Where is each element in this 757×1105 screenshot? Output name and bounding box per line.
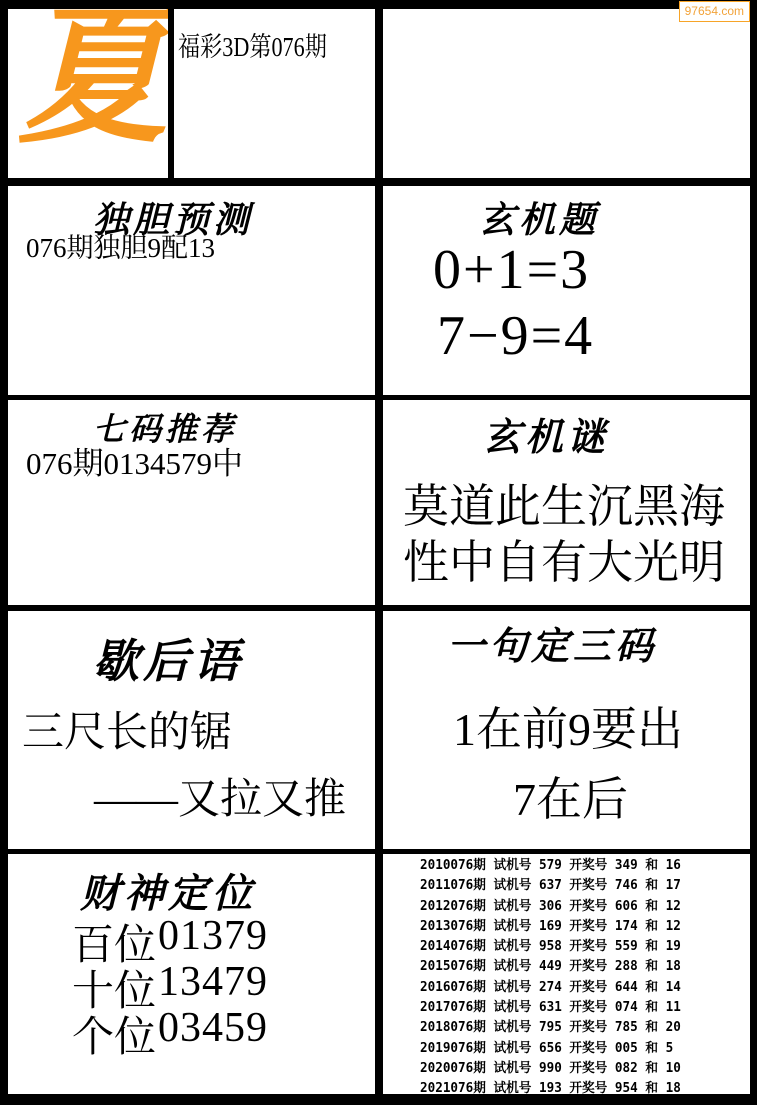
- history-draw-label: 开奖号: [562, 1000, 615, 1015]
- history-draw-number: 074: [615, 1000, 638, 1015]
- history-sum-label: 和: [638, 1081, 666, 1094]
- history-trial-number: 449: [539, 959, 562, 974]
- history-row: 2016076期 试机号 274 开奖号 644 和 14: [420, 978, 681, 998]
- history-period: 2010076期: [420, 858, 486, 873]
- history-sum-label: 和: [638, 1020, 666, 1035]
- history-trial-label: 试机号: [486, 1061, 539, 1076]
- history-sum-label: 和: [638, 959, 666, 974]
- history-sum-label: 和: [638, 1000, 666, 1015]
- history-period: 2013076期: [420, 919, 486, 934]
- history-sum-label: 和: [638, 899, 666, 914]
- history-trial-number: 579: [539, 858, 562, 873]
- history-sum-value: 12: [666, 899, 681, 914]
- history-sum-label: 和: [638, 939, 666, 954]
- history-sum-label: 和: [638, 1061, 666, 1076]
- history-trial-number: 193: [539, 1081, 562, 1094]
- dudan-prediction-cell: 独胆预测 076期独胆9配13: [8, 186, 375, 395]
- history-sum-value: 10: [666, 1061, 681, 1076]
- history-period: 2015076期: [420, 959, 486, 974]
- history-table: 2010076期 试机号 579 开奖号 349 和 162011076期 试机…: [420, 856, 681, 1094]
- history-draw-number: 349: [615, 858, 638, 873]
- history-sum-value: 18: [666, 1081, 681, 1094]
- history-sum-label: 和: [638, 1041, 666, 1056]
- history-row: 2021076期 试机号 193 开奖号 954 和 18: [420, 1079, 681, 1094]
- history-sum-value: 14: [666, 980, 681, 995]
- one-sentence-title: 一句定三码: [447, 615, 657, 670]
- history-sum-value: 20: [666, 1020, 681, 1035]
- history-sum-value: 5: [666, 1041, 674, 1056]
- history-trial-number: 795: [539, 1020, 562, 1035]
- poem-line-2: 性中自有大光明: [403, 526, 725, 592]
- title-cell: 福彩3D第076期: [174, 9, 375, 178]
- site-watermark: 97654.com: [679, 1, 750, 22]
- history-period: 2019076期: [420, 1041, 486, 1056]
- history-trial-label: 试机号: [486, 939, 539, 954]
- history-trial-number: 990: [539, 1061, 562, 1076]
- logo-cell: 夏: [8, 9, 168, 178]
- caishen-position-cell: 财神定位 百位 01379 十位 13479 个位 03459: [8, 854, 375, 1094]
- history-period: 2017076期: [420, 1000, 486, 1015]
- history-draws-cell: 2010076期 试机号 579 开奖号 349 和 162011076期 试机…: [383, 854, 750, 1094]
- history-draw-number: 005: [615, 1041, 638, 1056]
- history-trial-number: 656: [539, 1041, 562, 1056]
- history-row: 2012076期 试机号 306 开奖号 606 和 12: [420, 897, 681, 917]
- history-row: 2018076期 试机号 795 开奖号 785 和 20: [420, 1018, 681, 1038]
- history-draw-label: 开奖号: [562, 959, 615, 974]
- history-row: 2015076期 试机号 449 开奖号 288 和 18: [420, 957, 681, 977]
- history-sum-value: 17: [666, 878, 681, 893]
- history-draw-label: 开奖号: [562, 980, 615, 995]
- history-row: 2011076期 试机号 637 开奖号 746 和 17: [420, 876, 681, 896]
- history-trial-number: 274: [539, 980, 562, 995]
- xiehouyu-riddle: 三尺长的锯: [22, 699, 232, 759]
- history-draw-label: 开奖号: [562, 939, 615, 954]
- page-title: 福彩3D第076期: [178, 25, 327, 64]
- history-row: 2013076期 试机号 169 开奖号 174 和 12: [420, 917, 681, 937]
- history-draw-label: 开奖号: [562, 878, 615, 893]
- history-row: 2019076期 试机号 656 开奖号 005 和 5: [420, 1039, 681, 1059]
- history-sum-label: 和: [638, 878, 666, 893]
- history-draw-label: 开奖号: [562, 899, 615, 914]
- riddle-equation-cell: 玄机题 0+1=3 7−9=4: [383, 186, 750, 395]
- history-period: 2021076期: [420, 1081, 486, 1094]
- history-sum-label: 和: [638, 858, 666, 873]
- history-row: 2017076期 试机号 631 开奖号 074 和 11: [420, 998, 681, 1018]
- history-trial-label: 试机号: [486, 899, 539, 914]
- riddle-poem-title: 玄机谜: [483, 406, 609, 461]
- riddle-equation-title: 玄机题: [479, 192, 599, 243]
- history-trial-number: 631: [539, 1000, 562, 1015]
- xiehouyu-title: 歇后语: [93, 625, 243, 691]
- history-row: 2020076期 试机号 990 开奖号 082 和 10: [420, 1059, 681, 1079]
- history-trial-label: 试机号: [486, 919, 539, 934]
- history-draw-number: 954: [615, 1081, 638, 1094]
- history-sum-value: 16: [666, 858, 681, 873]
- history-sum-value: 19: [666, 939, 681, 954]
- history-draw-number: 559: [615, 939, 638, 954]
- history-trial-number: 637: [539, 878, 562, 893]
- history-trial-label: 试机号: [486, 1020, 539, 1035]
- equation-line-2: 7−9=4: [437, 304, 594, 368]
- history-row: 2010076期 试机号 579 开奖号 349 和 16: [420, 856, 681, 876]
- one-sentence-line-1: 1在前9要出: [453, 693, 683, 759]
- history-trial-label: 试机号: [486, 1041, 539, 1056]
- history-draw-number: 606: [615, 899, 638, 914]
- history-draw-number: 644: [615, 980, 638, 995]
- history-trial-label: 试机号: [486, 959, 539, 974]
- history-sum-label: 和: [638, 919, 666, 934]
- history-period: 2012076期: [420, 899, 486, 914]
- equation-line-1: 0+1=3: [433, 238, 590, 302]
- summer-logo-glyph: 夏: [18, 9, 168, 151]
- position-digits: 13479: [158, 958, 268, 1006]
- history-trial-label: 试机号: [486, 858, 539, 873]
- history-trial-number: 306: [539, 899, 562, 914]
- history-trial-number: 958: [539, 939, 562, 954]
- xiehouyu-answer: ——又拉又推: [94, 766, 346, 826]
- history-period: 2018076期: [420, 1020, 486, 1035]
- xiehouyu-cell: 歇后语 三尺长的锯 ——又拉又推: [8, 611, 375, 849]
- history-sum-value: 18: [666, 959, 681, 974]
- history-draw-number: 174: [615, 919, 638, 934]
- position-label: 个位: [72, 1004, 156, 1064]
- history-draw-number: 746: [615, 878, 638, 893]
- position-digits: 01379: [158, 912, 268, 960]
- history-sum-label: 和: [638, 980, 666, 995]
- history-draw-label: 开奖号: [562, 1081, 615, 1094]
- history-trial-label: 试机号: [486, 980, 539, 995]
- position-digits: 03459: [158, 1004, 268, 1052]
- dudan-content: 076期独胆9配13: [26, 226, 215, 265]
- seven-code-cell: 七码推荐 076期0134579中: [8, 400, 375, 605]
- seven-code-content: 076期0134579中: [26, 438, 243, 483]
- history-draw-label: 开奖号: [562, 1061, 615, 1076]
- caishen-title: 财神定位: [80, 862, 256, 919]
- history-draw-number: 082: [615, 1061, 638, 1076]
- one-sentence-line-2: 7在后: [513, 763, 628, 829]
- history-period: 2014076期: [420, 939, 486, 954]
- history-draw-label: 开奖号: [562, 1020, 615, 1035]
- history-trial-label: 试机号: [486, 878, 539, 893]
- history-trial-label: 试机号: [486, 1000, 539, 1015]
- history-draw-number: 785: [615, 1020, 638, 1035]
- history-sum-value: 12: [666, 919, 681, 934]
- history-period: 2020076期: [420, 1061, 486, 1076]
- riddle-poem-cell: 玄机谜 莫道此生沉黑海 性中自有大光明: [383, 400, 750, 605]
- one-sentence-three-codes-cell: 一句定三码 1在前9要出 7在后: [383, 611, 750, 849]
- empty-top-cell: [383, 9, 750, 178]
- history-period: 2011076期: [420, 878, 486, 893]
- history-row: 2014076期 试机号 958 开奖号 559 和 19: [420, 937, 681, 957]
- history-draw-label: 开奖号: [562, 1041, 615, 1056]
- history-sum-value: 11: [666, 1000, 681, 1015]
- history-trial-number: 169: [539, 919, 562, 934]
- history-draw-label: 开奖号: [562, 858, 615, 873]
- history-period: 2016076期: [420, 980, 486, 995]
- history-draw-label: 开奖号: [562, 919, 615, 934]
- history-trial-label: 试机号: [486, 1081, 539, 1094]
- history-draw-number: 288: [615, 959, 638, 974]
